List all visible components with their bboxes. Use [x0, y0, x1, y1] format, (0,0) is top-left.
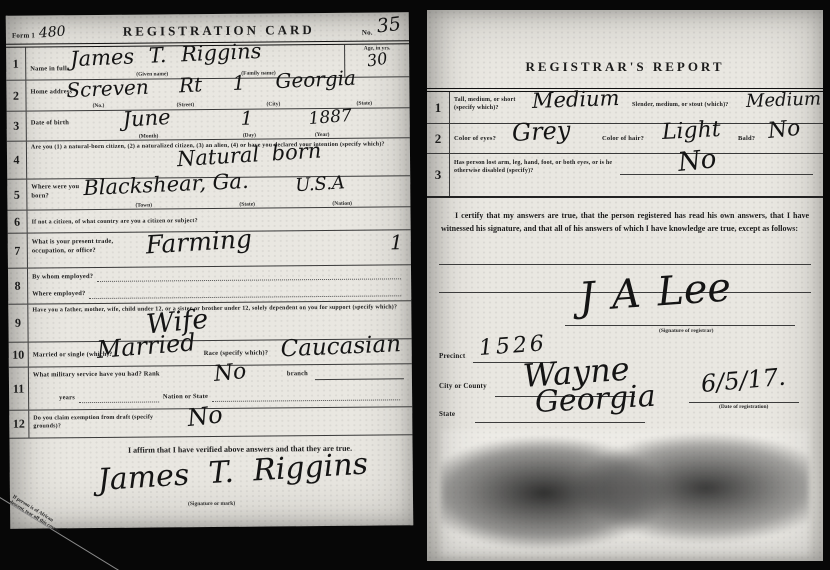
- registration-card-title: REGISTRATION CARD: [76, 22, 362, 40]
- age-value: 30: [366, 51, 389, 70]
- years-label: years: [59, 394, 75, 403]
- race-label: Race (specify which)?: [204, 349, 279, 358]
- hair-color-value: Light: [661, 119, 721, 144]
- precinct-label: Precinct: [439, 352, 465, 361]
- reg-row-5: 5 Where were you born? Blackshear, Ga. U…: [7, 176, 410, 211]
- eye-color-value: Grey: [511, 118, 571, 145]
- row-number: 8: [8, 269, 28, 304]
- dependents-label: Have you a father, mother, wife, child u…: [32, 303, 407, 314]
- reg-row-7: 7 What is your present trade, occupation…: [8, 230, 411, 269]
- county-label: City or County: [439, 382, 487, 391]
- date-rule: [689, 402, 799, 403]
- build-stout-label: Slender, medium, or stout (which)?: [632, 101, 744, 109]
- occupation-label: What is your present trade, occupation, …: [32, 238, 127, 256]
- row-number: 5: [7, 180, 27, 210]
- row-number: 2: [6, 81, 26, 111]
- hair-color-label: Color of hair?: [602, 135, 644, 144]
- certification-text: I certify that my answers are true, that…: [427, 198, 823, 236]
- birthplace-value: Blackshear, Ga.: [83, 171, 249, 199]
- where-employed-label: Where employed?: [32, 290, 85, 299]
- registrar-signature: J A Lee: [578, 267, 733, 318]
- state-rule: [475, 422, 645, 423]
- military-service-value: No: [213, 361, 247, 386]
- disability-label: Has person lost arm, leg, hand, foot, or…: [454, 159, 614, 175]
- rep-row-2: 2 Color of eyes? Grey Color of hair? Lig…: [427, 124, 823, 154]
- birthplace-nation-value: U.S.A: [295, 174, 346, 195]
- form-number-handwritten: 480: [39, 24, 67, 40]
- height-value: Medium: [532, 88, 620, 112]
- row-number: 1: [427, 92, 450, 123]
- birth-month-value: June: [122, 107, 171, 131]
- form-label: Form 1: [12, 31, 35, 41]
- signature-of-registrar-sublabel: (Signature of registrar): [659, 328, 713, 334]
- exceptions-rule-1: [439, 264, 811, 265]
- corner-note-text: If person is of African descent, tear of…: [7, 494, 68, 538]
- row-number: 4: [7, 142, 27, 179]
- birth-day-value: 1: [241, 110, 253, 129]
- branch-label: branch: [287, 370, 308, 379]
- date-of-registration-sublabel: (Date of registration): [719, 404, 768, 410]
- reg-footer: I affirm that I have verified above answ…: [9, 435, 413, 527]
- ink-stamp-smudge: [441, 430, 809, 556]
- registrars-report-rows: 1 Tall, medium, or short (specify which)…: [427, 92, 823, 198]
- row-number: 2: [427, 124, 450, 153]
- married-single-value: Married: [96, 330, 197, 362]
- nation-sublabel: (Nation): [332, 201, 352, 207]
- registrar-signature-rule: [565, 325, 795, 326]
- date-of-birth-label: Date of birth: [31, 119, 69, 128]
- address-city-sublabel: (City): [267, 101, 281, 107]
- state-label: State: [439, 410, 455, 419]
- nation-or-state-label: Nation or State: [163, 393, 208, 402]
- build-height-label: Tall, medium, or short (specify which)?: [454, 96, 532, 112]
- bald-value: No: [767, 118, 802, 143]
- bald-label: Bald?: [738, 135, 755, 144]
- address-state-sublabel: (State): [357, 101, 373, 107]
- day-sublabel: (Day): [243, 133, 256, 139]
- occupation-value: Farming: [145, 226, 253, 257]
- rep-row-3: 3 Has person lost arm, leg, hand, foot, …: [427, 154, 823, 198]
- military-years-line: years Nation or State: [59, 390, 404, 403]
- alien-citizenship-label: If not a citizen, of what country are yo…: [32, 216, 371, 227]
- reg-row-10: 10 Married or single (which)? Married Ra…: [9, 339, 412, 368]
- name-label: Name in full: [30, 65, 67, 74]
- card-no-value: 35: [376, 15, 402, 37]
- rep-row-1: 1 Tall, medium, or short (specify which)…: [427, 92, 823, 124]
- where-employed-line: Where employed?: [32, 286, 405, 299]
- row-number: 6: [7, 211, 27, 233]
- registrars-report-header: REGISTRAR'S REPORT: [427, 10, 823, 92]
- stray-pen-mark: 1: [390, 232, 403, 252]
- row-number: 3: [427, 154, 450, 196]
- by-whom-employed-line: By whom employed?: [32, 269, 405, 282]
- exemption-label: Do you claim exemption from draft (speci…: [33, 413, 153, 430]
- registrars-report-card: REGISTRAR'S REPORT 1 Tall, medium, or sh…: [427, 10, 823, 561]
- race-value: Caucasian: [280, 333, 401, 361]
- by-whom-employed-label: By whom employed?: [32, 273, 93, 282]
- address-no-sublabel: (No.): [93, 103, 105, 109]
- registration-date-value: 6/5/17.: [700, 365, 787, 396]
- row-number: 10: [9, 343, 29, 367]
- reg-row-12: 12 Do you claim exemption from draft (sp…: [9, 407, 412, 439]
- row-number: 3: [7, 112, 27, 141]
- eye-color-label: Color of eyes?: [454, 135, 496, 144]
- name-value: James T. Riggins: [70, 41, 262, 70]
- registrars-report-title: REGISTRAR'S REPORT: [525, 59, 724, 74]
- birthplace-label: Where were you born?: [31, 183, 85, 201]
- registration-card: Form 1 480 REGISTRATION CARD No. 35 1 Na…: [6, 12, 413, 528]
- build-value: Medium: [746, 90, 822, 111]
- military-service-label: What military service have you had? Rank: [33, 370, 160, 380]
- signature-or-mark-sublabel: (Signature or mark): [188, 501, 235, 507]
- row-number: 12: [9, 411, 29, 438]
- row-number: 9: [8, 305, 28, 342]
- registrant-signature: James T. Riggins: [97, 449, 369, 495]
- state-sublabel: (State): [239, 202, 255, 208]
- reg-row-8: 8 By whom employed? Where employed?: [8, 265, 411, 305]
- year-sublabel: (Year): [315, 132, 330, 138]
- card-no-label: No.: [362, 28, 373, 38]
- row-number: 1: [6, 48, 26, 80]
- month-sublabel: (Month): [139, 133, 159, 139]
- disability-value: No: [677, 146, 718, 176]
- reg-row-3: 3 Date of birth June 1 1887 (Month) (Day…: [7, 108, 410, 142]
- row-number: 7: [8, 234, 28, 268]
- birth-year-value: 1887: [308, 108, 352, 128]
- state-value: Georgia: [534, 382, 656, 418]
- citizenship-value: Natural born: [176, 140, 321, 170]
- row-number: 11: [9, 368, 29, 410]
- address-street-sublabel: (Street): [177, 102, 195, 108]
- exemption-value: No: [186, 402, 224, 430]
- town-sublabel: (Town): [135, 202, 152, 208]
